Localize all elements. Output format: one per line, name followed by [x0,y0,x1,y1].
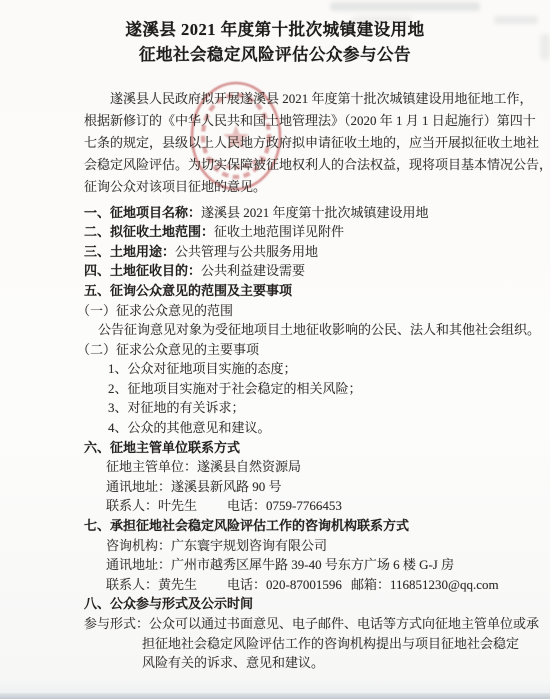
intro-line: 会稳定风险评估。为切实保障被征地权利人的合法权益，现将项目基本情况公告， [84,154,494,176]
section-2-land-scope: 二、拟征收土地范围：征收土地范围详见附件 [84,222,494,242]
opinion-item-1: 1、公众对征地项目实施的态度； [108,359,494,379]
intro-paragraph: 遂溪县人民政府拟开展遂溪县 2021 年度第十批次城镇建设用地征地工作， 根据新… [84,88,494,198]
authority-contact-person: 联系人：叶先生 [106,496,227,516]
document-body: 遂溪县人民政府拟开展遂溪县 2021 年度第十批次城镇建设用地征地工作， 根据新… [84,88,494,673]
opinion-item-2: 2、征地项目实施对于社会稳定的相关风险； [108,379,494,399]
section-4-label: 四、土地征收目的： [84,263,201,278]
section-2-label: 二、拟征收土地范围： [84,224,214,239]
section-5-sub1-text: 公告征询意见对象为受征地项目土地征收影响的公民、法人和其他社会组织。 [98,320,494,340]
section-7-heading: 七、承担征地社会稳定风险评估工作的咨询机构联系方式 [84,516,494,536]
section-3-land-use: 三、土地用途：公共管理与公共服务用地 [84,242,494,262]
intro-line: 遂溪县人民政府拟开展遂溪县 2021 年度第十批次城镇建设用地征地工作， [84,88,494,110]
section-8-heading: 八、公众参与形式及公示时间 [84,594,494,614]
section-4-value: 公共利益建设需要 [201,263,305,278]
section-5-heading: 五、征询公众意见的范围及主要事项 [84,281,494,301]
document-title-line2: 征地社会稳定风险评估公众参与公告 [0,42,550,67]
consultant-email: 邮箱：116851230@qq.com [351,577,499,592]
opinion-item-3: 3、对征地的有关诉求； [108,398,494,418]
consultant-address: 通讯地址：广州市越秀区犀牛路 39-40 号东方广场 6 楼 G-J 房 [106,555,494,575]
participation-line: 参与形式：公众可以通过书面意见、电子邮件、电话等方式向征地主管单位或承 [84,614,494,634]
page-bottom-edge [0,693,550,699]
document-title-line1: 遂溪县 2021 年度第十批次城镇建设用地 [0,17,550,42]
opinion-item-4: 4、公众的其他意见和建议。 [108,418,494,438]
section-6-heading: 六、征地主管单位联系方式 [84,438,494,458]
section-5-sub2-heading: （二）征求公众意见的主要事项 [77,340,494,360]
section-3-value: 公共管理与公共服务用地 [175,244,318,259]
intro-line: 根据新修订的《中华人民共和国土地管理法》（2020 年 1 月 1 日起施行）第… [84,110,494,132]
consultant-phone: 电话：020-87001596 [227,575,351,595]
authority-phone: 电话：0759-7766453 [227,498,342,513]
consultant-org: 咨询机构：广东寰宇规划咨询有限公司 [106,536,494,556]
section-1-value: 遂溪县 2021 年度第十批次城镇建设用地 [201,205,429,220]
authority-address: 通讯地址：遂溪县新风路 90 号 [106,477,494,497]
document-title: 遂溪县 2021 年度第十批次城镇建设用地 征地社会稳定风险评估公众参与公告 [0,17,550,67]
section-5-sub1-heading: （一）征求公众意见的范围 [77,301,494,321]
intro-line: 七条的规定，县级以上人民地方政府拟申请征收土地的，应当开展拟征收土地社 [84,132,494,154]
participation-line: 风险有关的诉求、意见和建议。 [142,653,494,673]
consultant-contact-row: 联系人：黄先生电话：020-87001596邮箱：116851230@qq.co… [106,575,494,595]
authority-org: 征地主管单位：遂溪县自然资源局 [106,457,494,477]
scanned-notice-page: 遂溪县 2021 年度第十批次城镇建设用地 征地社会稳定风险评估公众参与公告 遂… [0,0,550,699]
section-1-project-name: 一、征地项目名称：遂溪县 2021 年度第十批次城镇建设用地 [84,203,494,223]
section-1-label: 一、征地项目名称： [84,205,201,220]
authority-contact-row: 联系人：叶先生电话：0759-7766453 [106,496,494,516]
section-4-purpose: 四、土地征收目的：公共利益建设需要 [84,261,494,281]
section-3-label: 三、土地用途： [84,244,175,259]
intro-line: 征询公众对该项目征地的意见。 [84,176,494,198]
consultant-contact-person: 联系人：黄先生 [106,575,227,595]
scan-artifact [330,2,480,11]
section-2-value: 征收土地范围详见附件 [214,224,344,239]
participation-line: 担征地社会稳定风险评估工作的咨询机构提出与项目征地社会稳定 [142,634,494,654]
